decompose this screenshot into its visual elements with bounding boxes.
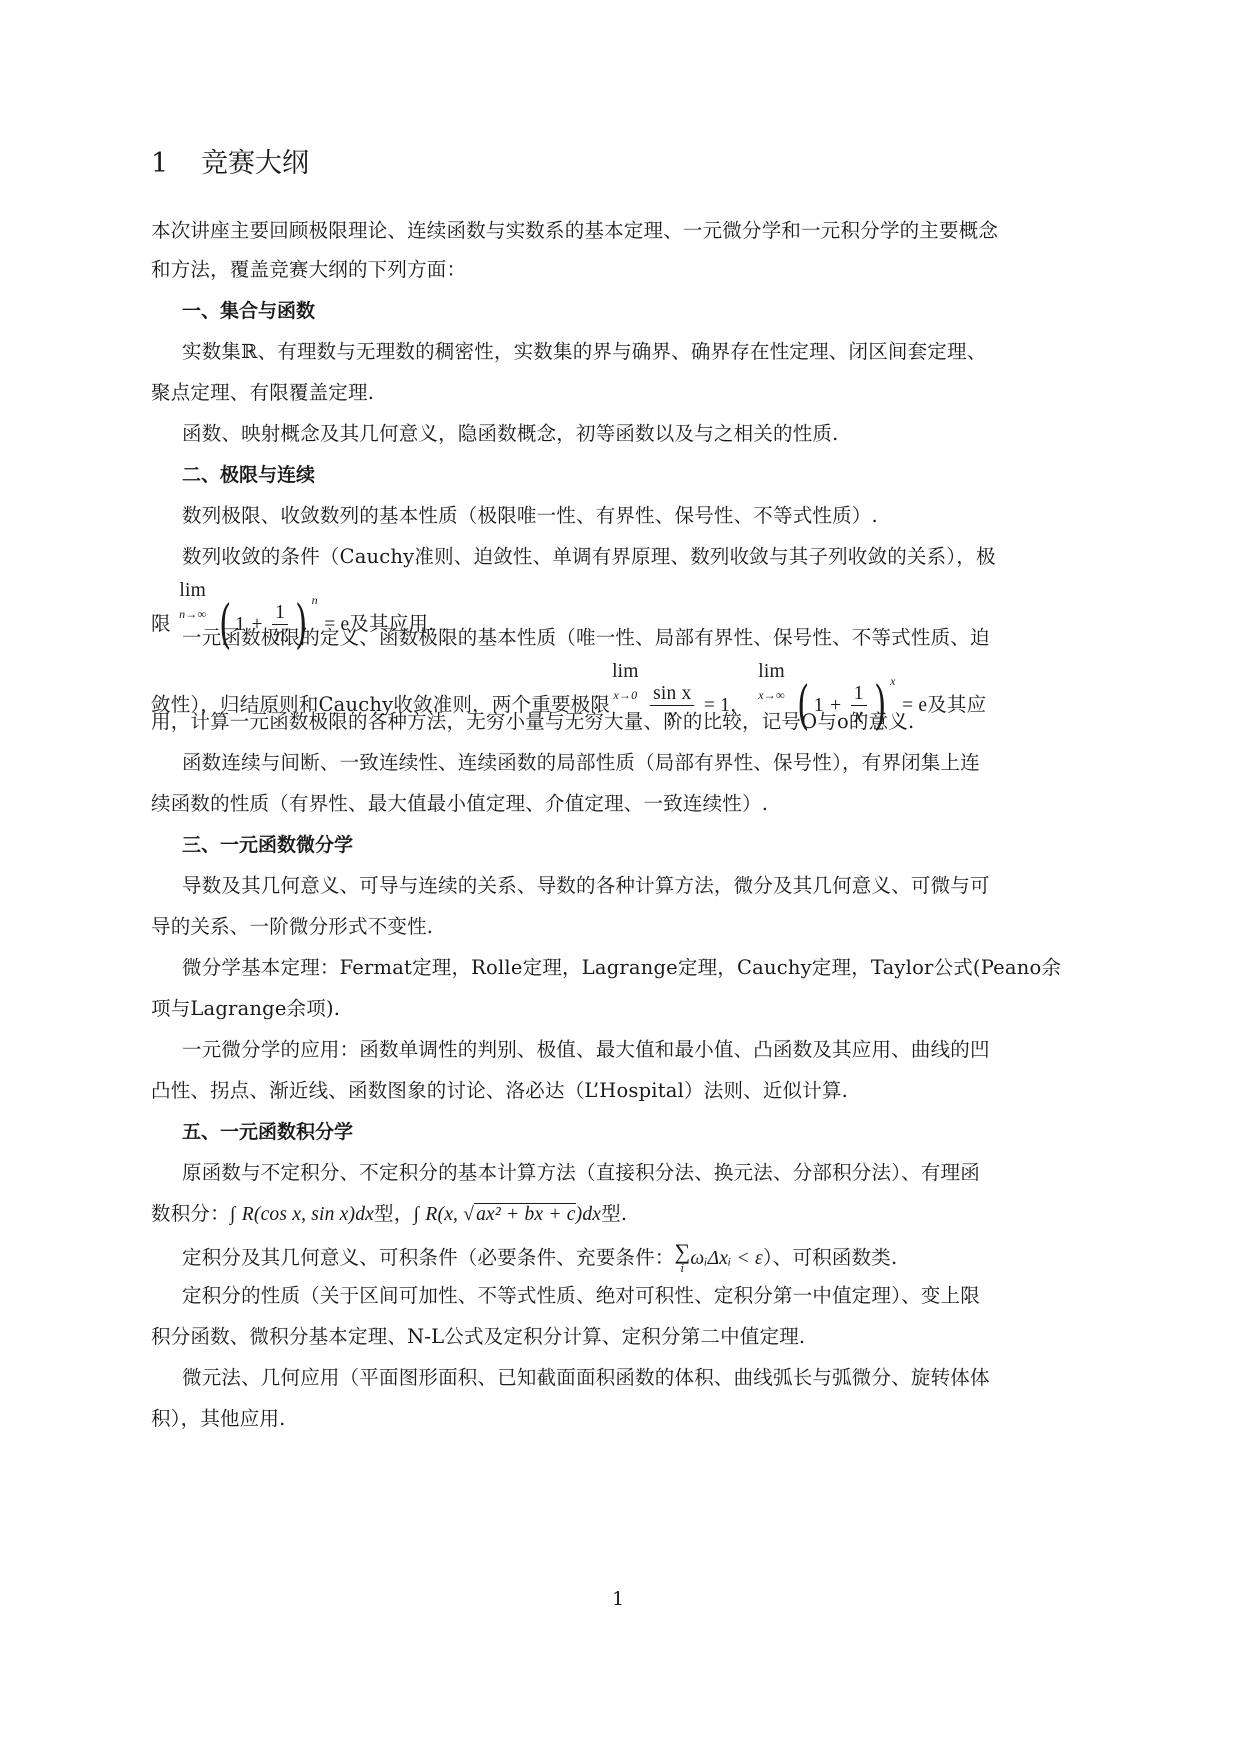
paragraph-line: 定积分的性质（关于区间可加性、不等式性质、绝对可积性、定积分第一中值定理）、变上… — [182, 1283, 980, 1309]
paragraph-line: 积分函数、微积分基本定理、N-L公式及定积分计算、定积分第二中值定理. — [151, 1324, 805, 1350]
document-page: 1竞赛大纲 本次讲座主要回顾极限理论、连续函数与实数系的基本定理、一元微分学和一… — [0, 0, 1241, 1754]
paragraph-line: 数列极限、收敛数列的基本性质（极限唯一性、有界性、保号性、不等式性质）. — [182, 503, 878, 529]
paragraph-line: 一元微分学的应用：函数单调性的判别、极值、最大值和最小值、凸函数及其应用、曲线的… — [182, 1037, 990, 1063]
paragraph-line: 微分学基本定理：Fermat定理，Rolle定理，Lagrange定理，Cauc… — [182, 955, 1061, 981]
limit-operator: limn→∞ — [179, 574, 206, 620]
paragraph-line: 聚点定理、有限覆盖定理. — [151, 380, 374, 406]
paragraph-line: 一元函数极限的定义、函数极限的基本性质（唯一性、局部有界性、保号性、不等式性质、… — [182, 625, 990, 651]
paragraph-line: 用，计算一元函数极限的各种方法，无穷小量与无穷大量、阶的比较，记号O与o的意义. — [151, 709, 914, 735]
paragraph-line: 导的关系、一阶微分形式不变性. — [151, 914, 433, 940]
intro-line-2: 和方法，覆盖竞赛大纲的下列方面： — [151, 257, 466, 283]
summation: ∑i — [675, 1240, 691, 1274]
paragraph-line: 项与Lagrange余项). — [151, 996, 340, 1022]
limit-operator: limx→∞ — [758, 655, 785, 701]
section-heading: 1竞赛大纲 — [151, 146, 309, 182]
part-heading-sets-functions: 一、集合与函数 — [182, 298, 315, 324]
part-heading-differential-calculus: 三、一元函数微分学 — [182, 832, 353, 858]
paragraph-line: 凸性、拐点、渐近线、函数图象的讨论、洛必达（L’Hospital）法则、近似计算… — [151, 1078, 848, 1104]
section-title: 竞赛大纲 — [201, 148, 309, 179]
paragraph-line: 数列收敛的条件（Cauchy准则、迫敛性、单调有界原理、数列收敛与其子列收敛的关… — [182, 544, 996, 570]
intro-line-1: 本次讲座主要回顾极限理论、连续函数与实数系的基本定理、一元微分学和一元积分学的主… — [151, 218, 998, 244]
paragraph-line-with-formula: 数积分：∫ R(cos x, sin x)dx型，∫ R(x, √ax² + b… — [151, 1201, 627, 1228]
paragraph-line: 原函数与不定积分、不定积分的基本计算方法（直接积分法、换元法、分部积分法）、有理… — [182, 1160, 980, 1186]
section-number: 1 — [151, 146, 201, 182]
paragraph-line: 导数及其几何意义、可导与连续的关系、导数的各种计算方法，微分及其几何意义、可微与… — [182, 873, 990, 899]
part-heading-integral-calculus: 五、一元函数积分学 — [182, 1119, 353, 1145]
paragraph-line: 续函数的性质（有界性、最大值最小值定理、介值定理、一致连续性）. — [151, 791, 768, 817]
limit-operator: limx→0 — [612, 655, 639, 701]
paragraph-line: 积），其他应用. — [151, 1406, 286, 1432]
part-heading-limits-continuity: 二、极限与连续 — [182, 462, 315, 488]
page-number: 1 — [612, 1587, 624, 1611]
paragraph-line-with-formula: 定积分及其几何意义、可积条件（必要条件、充要条件：∑iωᵢΔxᵢ < ε）、可积… — [182, 1240, 897, 1277]
paragraph-line: 微元法、几何应用（平面图形面积、已知截面面积函数的体积、曲线弧长与弧微分、旋转体… — [182, 1365, 990, 1391]
paragraph-line: 函数、映射概念及其几何意义，隐函数概念，初等函数以及与之相关的性质. — [182, 421, 839, 447]
paragraph-line: 函数连续与间断、一致连续性、连续函数的局部性质（局部有界性、保号性），有界闭集上… — [182, 750, 980, 776]
paragraph-line: 实数集ℝ、有理数与无理数的稠密性，实数集的界与确界、确界存在性定理、闭区间套定理… — [182, 339, 986, 365]
